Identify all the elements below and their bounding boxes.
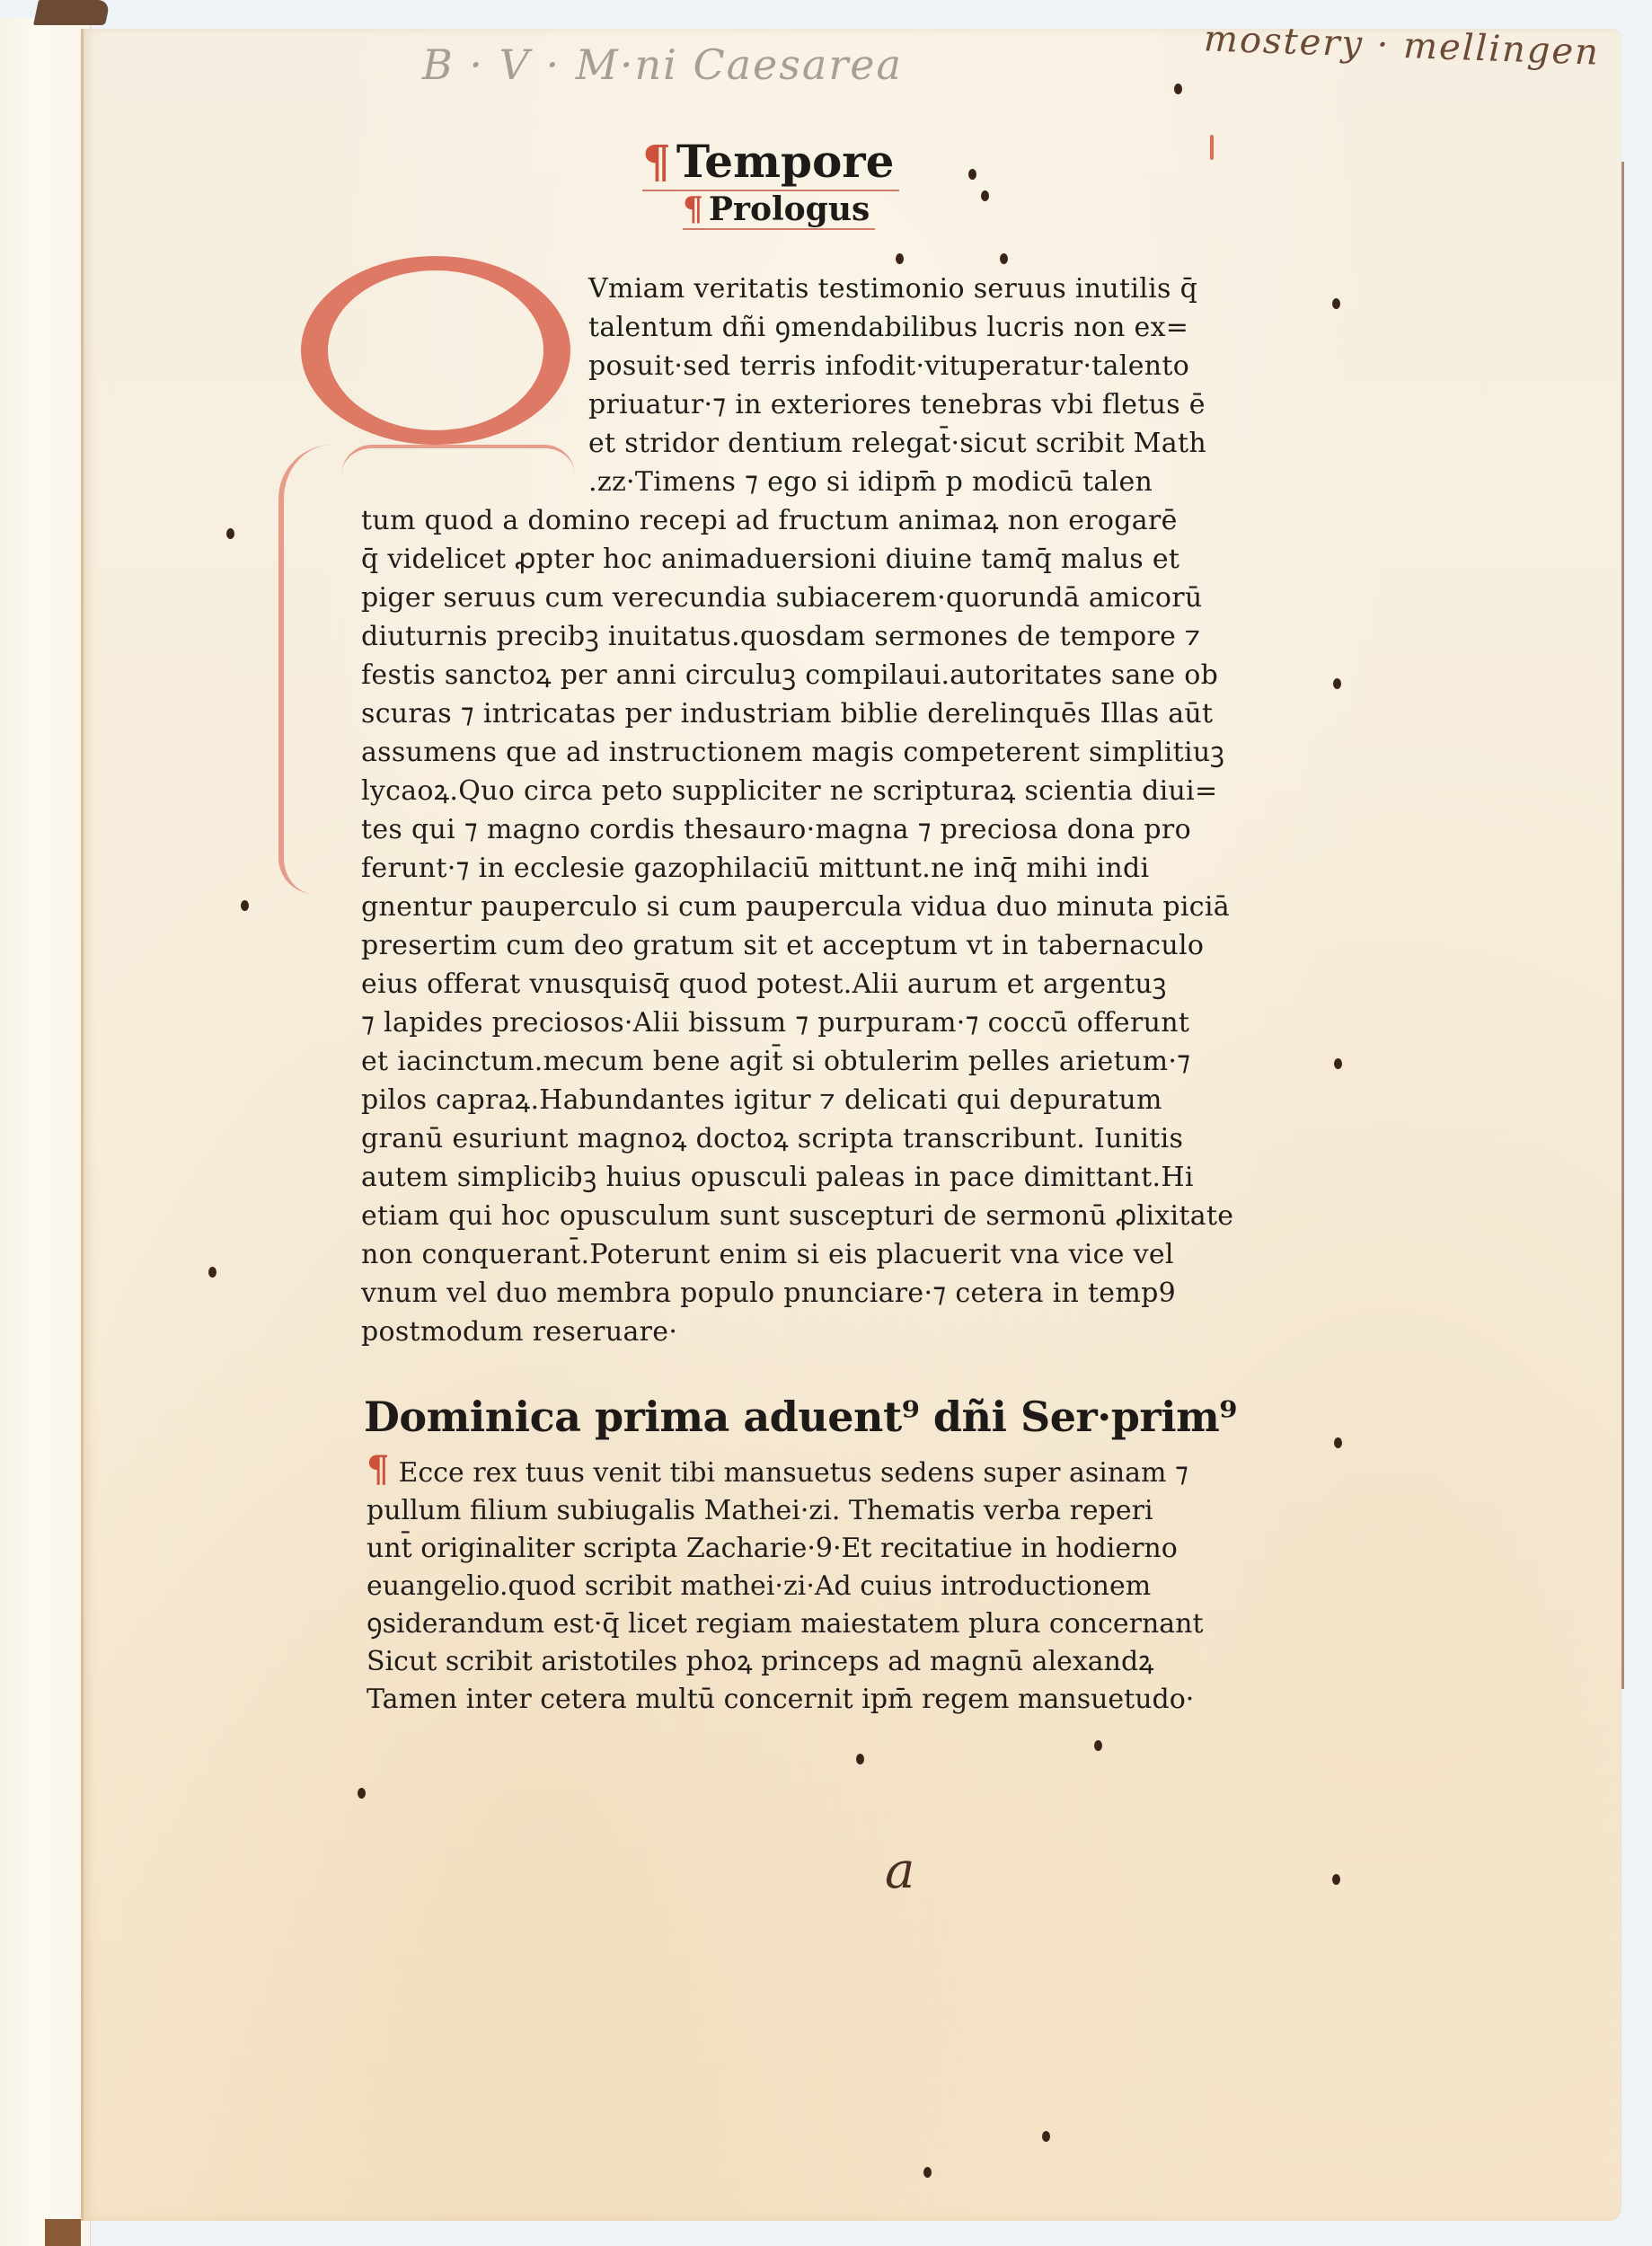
initial-flourish [278,445,356,894]
wormhole [968,169,976,180]
text-line: Tamen inter cetera multū concernit ipm̄ … [367,1681,1265,1719]
sermon-text: ¶Ecce rex tuus venit tibi mansuetus sede… [367,1451,1265,1719]
text-line: ꝯsiderandum est·q̄ licet regiam maiestat… [367,1605,1265,1643]
wormhole [226,528,234,539]
text-line-content: Ecce rex tuus venit tibi mansuetus seden… [398,1457,1188,1489]
text-line: ¶Ecce rex tuus venit tibi mansuetus sede… [367,1451,1265,1492]
wormhole [981,190,989,201]
text-line: gnentur pauperculo si cum paupercula vid… [361,888,1259,926]
text-line: Sicut scribit aristotiles phoꝝ princeps … [367,1643,1265,1681]
paragraph-mark-icon: ¶ [367,1451,389,1489]
text-line: et stridor dentium relegat̄·sicut scribi… [361,424,1259,463]
text-line: .zz·Timens ⁊ ego si idipm̄ p modicū tale… [361,463,1259,501]
wormhole [1332,1874,1340,1885]
rubric-stroke [1210,135,1214,160]
text-line: ferunt·⁊ in ecclesie gazophilaciū mittun… [361,849,1259,888]
binding-fragment-bottom [45,2219,81,2246]
wormhole [1334,1058,1342,1069]
text-line: presertim cum deo gratum sit et acceptum… [361,926,1259,965]
text-line: lycaoꝝ.Quo circa peto suppliciter ne scr… [361,772,1259,810]
text-line: Vmiam veritatis testimonio seruus inutil… [361,270,1259,308]
wormhole [923,2167,932,2178]
page-title: ¶Tempore [642,135,899,191]
wormhole [1332,298,1340,309]
page-subtitle: ¶Prologus [683,190,875,230]
signature-mark: a [885,1842,914,1900]
section-heading: Dominica prima aduent⁹ dñi Ser·prim⁹ [364,1393,1237,1441]
wormhole [896,253,904,264]
wormhole [1094,1740,1102,1751]
text-line: scuras ⁊ intricatas per industriam bibli… [361,694,1259,733]
flyleaf [0,18,91,2246]
paragraph-mark-icon: ¶ [642,135,671,188]
text-line: eius offerat vnusquisq̄ quod potest.Alii… [361,965,1259,1004]
text-line: priuatur·⁊ in exteriores tenebras vbi fl… [361,385,1259,424]
wormhole [1334,1437,1342,1448]
subtitle-text: Prologus [709,190,870,228]
wormhole [856,1754,864,1764]
text-line: autem simplicibꝫ huius opusculi paleas i… [361,1158,1259,1197]
text-line: tes qui ⁊ magno cordis thesauro·magna ⁊ … [361,810,1259,849]
text-line: assumens que ad instructionem magis comp… [361,733,1259,772]
text-line: etiam qui hoc opusculum sunt suscepturi … [361,1197,1259,1235]
text-line: ⁊ lapides preciosos·Alii bissum ⁊ purpur… [361,1004,1259,1042]
prologue-text: Vmiam veritatis testimonio seruus inutil… [361,270,1259,1351]
text-line: pilos capraꝝ.Habundantes igitur ⁊ delica… [361,1081,1259,1119]
wormhole [1042,2131,1050,2142]
text-line: talentum dñi ꝯmendabilibus lucris non ex… [361,308,1259,347]
text-line: piger seruus cum verecundia subiacerem·q… [361,579,1259,617]
text-line: granū esuriunt magnoꝝ doctoꝝ scripta tra… [361,1119,1259,1158]
wormhole [1000,253,1008,264]
paragraph-mark-icon: ¶ [683,190,703,228]
text-line: non conquerant̄.Poterunt enim si eis pla… [361,1235,1259,1274]
text-line: tum quod a domino recepi ad fructum anim… [361,501,1259,540]
text-line: posuit·sed terris infodit·vituperatur·ta… [361,347,1259,385]
text-line: unt̄ originaliter scripta Zacharie·9·Et … [367,1530,1265,1568]
text-line: q̄ videlicet ꝓpter hoc animaduersioni di… [361,540,1259,579]
title-text: Tempore [676,135,895,188]
wormhole [1174,84,1182,94]
wormhole [241,900,249,911]
text-line: vnum vel duo membra populo pnunciare·⁊ c… [361,1274,1259,1313]
wormhole [208,1267,216,1278]
provenance-inscription: B · V · M·ni Caesarea [422,40,903,89]
wormhole [1333,678,1341,689]
text-line: et iacinctum.mecum bene agit̄ si obtuler… [361,1042,1259,1081]
text-line: pullum filium subiugalis Mathei·zi. Them… [367,1492,1265,1530]
text-line: euangelio.quod scribit mathei·zi·Ad cuiu… [367,1568,1265,1605]
text-line: diuturnis precibꝫ inuitatus.quosdam serm… [361,617,1259,656]
text-line: postmodum reseruare· [361,1313,1259,1351]
binding-fragment-top [33,0,110,25]
wormhole [358,1788,366,1799]
text-line: festis sanctoꝝ per anni circuluꝫ compila… [361,656,1259,694]
